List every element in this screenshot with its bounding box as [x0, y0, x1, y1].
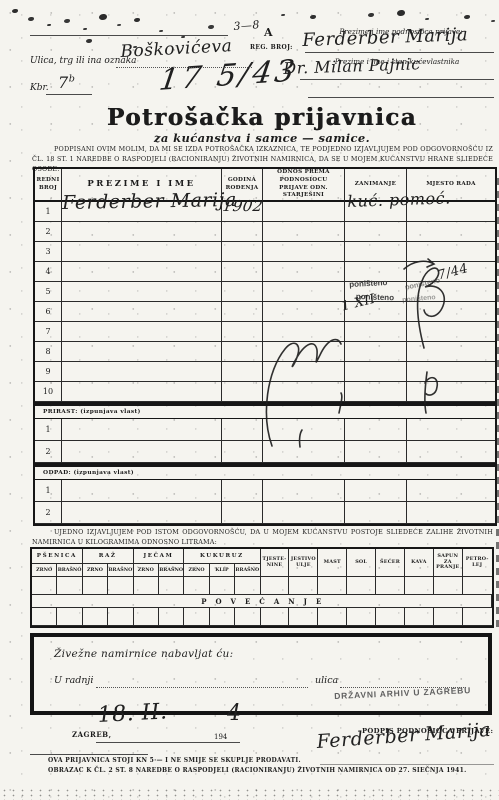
cell [263, 322, 345, 342]
cell [345, 419, 407, 441]
cell [263, 262, 345, 282]
cell [345, 362, 407, 382]
sub-header: ZRNO [32, 564, 57, 577]
cell [345, 441, 407, 463]
cell [32, 608, 57, 626]
cell [407, 362, 495, 382]
rule-line [96, 742, 240, 743]
cell [57, 608, 82, 626]
cell [405, 608, 434, 626]
cell [235, 608, 260, 626]
cell [407, 502, 495, 524]
cell [108, 577, 133, 595]
group-header-kukuruz: KUKURUZ [184, 549, 260, 564]
cell [184, 577, 209, 595]
cell [222, 419, 263, 441]
shop-street-label: ulica [315, 675, 338, 686]
cell [222, 282, 263, 302]
col-header-tjestenine: TJESTE-NINE [261, 549, 290, 577]
prirast-label: PRIRAST: (izpunjava vlast) [35, 406, 495, 419]
city-label: ZAGREB, [72, 730, 112, 739]
landlord-name-handwriting: Dr. Milan Pajnic [283, 54, 421, 78]
scanned-form-page: 3—8 A REG. BROJ: 17 5/43 Prezime i ime p… [0, 0, 499, 800]
rule-line [308, 97, 494, 98]
cell [62, 322, 222, 342]
rule-line [300, 79, 494, 80]
cell [62, 480, 222, 502]
row-number: 3 [35, 242, 62, 262]
shop-label: U radnji [54, 675, 93, 686]
cell [184, 608, 209, 626]
cell [261, 608, 290, 626]
house-number-digit: 7 [58, 73, 69, 92]
signature-handwriting: Ferderber Marija [316, 719, 492, 753]
cell [263, 302, 345, 322]
cell [222, 502, 263, 524]
cell [263, 480, 345, 502]
group-header-raz: RAŽ [83, 549, 134, 564]
cell [222, 222, 263, 242]
year-printed: 194 [214, 733, 227, 741]
cell [263, 222, 345, 242]
odpad-label: ODPAD: (izpunjava vlast) [35, 467, 495, 480]
cell [62, 302, 222, 322]
cell [407, 441, 495, 463]
cell [222, 342, 263, 362]
cell [222, 362, 263, 382]
group-header-psenica: PŠENICA [32, 549, 83, 564]
row-number: 8 [35, 342, 62, 362]
cell [345, 382, 407, 402]
rule-line [30, 35, 228, 36]
rule-line [116, 67, 252, 68]
cell [222, 262, 263, 282]
street-value-handwriting: Boškovićeva [120, 36, 233, 62]
row-number: 2 [35, 441, 62, 463]
cell [134, 608, 159, 626]
cell [222, 322, 263, 342]
cell [32, 577, 57, 595]
cell [407, 322, 495, 342]
cell [222, 480, 263, 502]
row-number: 1 [35, 480, 62, 502]
cell [222, 441, 263, 463]
sub-header: BRAŠNO [108, 564, 133, 577]
cell [263, 441, 345, 463]
cell [407, 382, 495, 402]
reg-number-label: REG. BROJ: [250, 44, 293, 51]
row-number: 10 [35, 382, 62, 402]
house-number-label: Kbr. [30, 83, 49, 93]
cell [263, 382, 345, 402]
cell [57, 577, 82, 595]
member-occupation-handwriting: kuć. pomoć. [347, 188, 451, 211]
cell [434, 577, 463, 595]
cell [210, 608, 235, 626]
cell [345, 242, 407, 262]
sub-header: ZRNO [83, 564, 108, 577]
cell [222, 242, 263, 262]
house-number-handwriting: 7b [58, 73, 75, 92]
cell [345, 322, 407, 342]
cell [434, 608, 463, 626]
row-number: 6 [35, 302, 62, 322]
cell [318, 577, 347, 595]
food-supplies-table: PŠENICA RAŽ JEČAM KUKURUZ TJESTE-NINE JE… [30, 547, 494, 628]
form-subtitle: za kućanstva i samce — samice. [30, 131, 494, 145]
cell [83, 577, 108, 595]
cell [134, 577, 159, 595]
cell [405, 577, 434, 595]
cell [289, 608, 318, 626]
col-header-kava: KAVA [405, 549, 434, 577]
cell [62, 362, 222, 382]
sub-header: BRAŠNO [57, 564, 82, 577]
row-number: 7 [35, 322, 62, 342]
odpad-table: ODPAD: (izpunjava vlast) 1 2 [33, 465, 497, 526]
col-header-mast: MAST [318, 549, 347, 577]
series-letter: A [264, 26, 273, 39]
row-number: 5 [35, 282, 62, 302]
cell [210, 577, 235, 595]
col-header-jestivo-ulje: JESTIVO ULJE [289, 549, 318, 577]
rule-line [46, 94, 92, 95]
col-header-sol: SOL [347, 549, 376, 577]
cell [463, 608, 492, 626]
cell [261, 577, 290, 595]
cell [376, 577, 405, 595]
cell [62, 242, 222, 262]
cell [407, 302, 495, 322]
sub-header: ZRNO [134, 564, 159, 577]
rule-line [320, 764, 494, 765]
sub-header: ZRNO [184, 564, 209, 577]
group-header-jecam: JEČAM [134, 549, 185, 564]
cell [108, 608, 133, 626]
col-header-odnos: ODNOS PREMA PODNOSIOCU PRIJAVE ODN. STAR… [263, 169, 345, 202]
supplies-declaration-paragraph: UJEDNO IZJAVLJUJEM POD ISTOM ODGOVORNOŠĆ… [32, 528, 493, 548]
cell [62, 419, 222, 441]
scan-bottom-noise [0, 788, 499, 800]
cell [222, 302, 263, 322]
rule-line [96, 687, 308, 688]
cell [159, 577, 184, 595]
cell [407, 342, 495, 362]
cell [263, 419, 345, 441]
cell [62, 441, 222, 463]
cell [62, 342, 222, 362]
footer-note-price: OVA PRIJAVNICA STOJI KN 5·— I NE SMIJE S… [48, 757, 301, 764]
cell [62, 282, 222, 302]
ink-specks [12, 9, 18, 13]
cell [407, 242, 495, 262]
cell [263, 242, 345, 262]
cell [407, 222, 495, 242]
row-number: 2 [35, 222, 62, 242]
cell [263, 502, 345, 524]
cell [62, 382, 222, 402]
col-header-sapun: SAPUN ZA PRANJE [434, 549, 463, 577]
row-number: 2 [35, 502, 62, 524]
house-number-letter: b [69, 74, 76, 85]
cell [345, 480, 407, 502]
cell [345, 222, 407, 242]
rule-line [305, 52, 494, 53]
series-mark-handwriting: 3—8 [233, 18, 260, 33]
reg-number-value-handwriting: 17 5/43 [157, 54, 300, 98]
date-handwriting: 18. II. [97, 699, 168, 728]
cell [222, 382, 263, 402]
cell [263, 342, 345, 362]
col-header-redni-broj: REDNI BROJ [35, 169, 62, 202]
footer-note-regulation: OBRAZAC K ČL. 2 ST. 8 NAREDBE O RASPODJE… [48, 767, 467, 774]
sub-header: KLIP [210, 564, 235, 577]
sub-header: BRAŠNO [235, 564, 260, 577]
form-title: Potrošačka prijavnica [30, 104, 494, 131]
cell [263, 362, 345, 382]
sub-header: BRAŠNO [159, 564, 184, 577]
cell [407, 480, 495, 502]
row-number: 1 [35, 202, 62, 222]
member-year-handwriting: 1902 [221, 197, 264, 215]
cell [289, 577, 318, 595]
cell [345, 342, 407, 362]
cell [347, 577, 376, 595]
cell [62, 262, 222, 282]
rule-line [30, 754, 148, 755]
cell [159, 608, 184, 626]
cell [347, 608, 376, 626]
applicant-name-handwriting: Ferderber Marija [302, 24, 469, 51]
col-header-petrolej: PETRO-LEJ [463, 549, 492, 577]
cell [83, 608, 108, 626]
cell [407, 419, 495, 441]
row-number: 1 [35, 419, 62, 441]
cell [235, 577, 260, 595]
increase-row-label: POVEĆANJE [32, 595, 492, 608]
cell [263, 202, 345, 222]
year-handwriting: 4 [227, 701, 242, 726]
cell [263, 282, 345, 302]
prirast-table: PRIRAST: (izpunjava vlast) 1 2 [33, 404, 497, 465]
cell [62, 222, 222, 242]
row-number: 4 [35, 262, 62, 282]
row-number: 9 [35, 362, 62, 382]
cell [345, 502, 407, 524]
col-header-secer: ŠEĆER [376, 549, 405, 577]
cell [62, 502, 222, 524]
member-name-handwriting: Ferderber Marija [62, 189, 237, 214]
cell [463, 577, 492, 595]
purchase-heading: Živežne namirnice nabavljat ću: [54, 648, 233, 660]
cell [318, 608, 347, 626]
cell [376, 608, 405, 626]
